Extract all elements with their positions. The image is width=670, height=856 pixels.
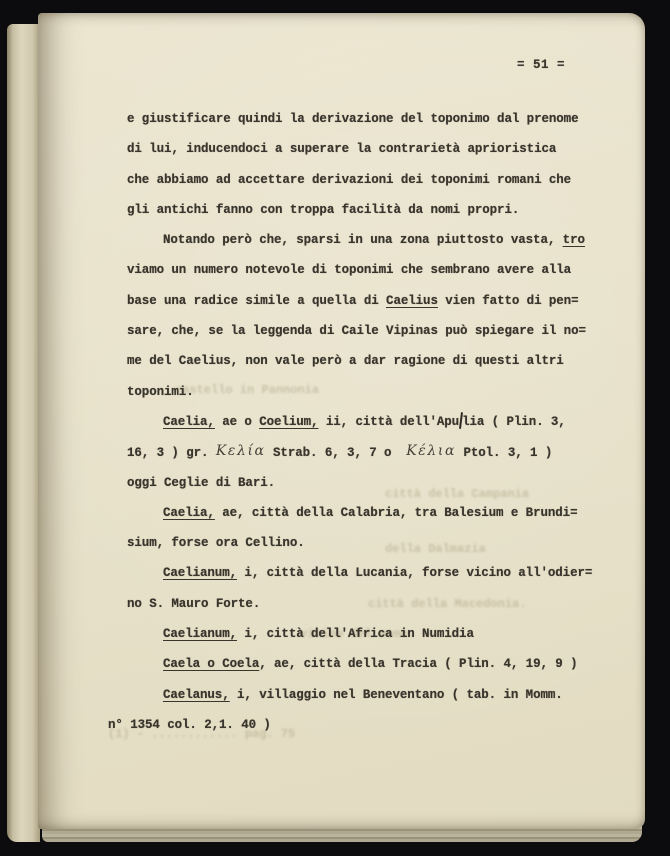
text-line: me del Caelius, non vale però a dar ragi… <box>127 346 609 376</box>
typewritten-segment: i, città dell'Africa in Numidia <box>237 627 474 641</box>
text-line: no S. Mauro Forte. <box>127 589 609 619</box>
page-number: = 51 = <box>517 58 565 72</box>
text-line: Caelanus, i, villaggio nel Beneventano (… <box>127 680 609 710</box>
typewritten-segment: di lui, inducendoci a superare la contra… <box>127 142 556 156</box>
typewritten-segment: oggi Ceglie di Bari. <box>127 476 275 490</box>
typewritten-text: e giustificare quindi la derivazione del… <box>127 104 609 740</box>
typewritten-segment: ae, città della Calabria, tra Balesium e… <box>215 506 578 520</box>
typewritten-segment: Caelia, <box>163 506 215 520</box>
text-line: toponimi. <box>127 377 609 407</box>
text-line: n° 1354 col. 2,1. 40 ) <box>108 710 609 740</box>
typewritten-segment: 16, 3 ) gr. <box>127 446 216 460</box>
text-line: Caelia, ae, città della Calabria, tra Ba… <box>127 498 609 528</box>
text-line: e giustificare quindi la derivazione del… <box>127 104 609 134</box>
text-line: viamo un numero notevole di toponimi che… <box>127 255 609 285</box>
text-line: gli antichi fanno con troppa facilità da… <box>127 195 609 225</box>
typewritten-segment: sium, forse ora Cellino. <box>127 536 305 550</box>
typewritten-segment: tro <box>563 233 585 247</box>
document-page: = 51 = castello in Pannoniacittà della C… <box>38 13 645 829</box>
typewritten-segment: vien fatto di pen= <box>438 294 579 308</box>
text-line: sare, che, se la leggenda di Caile Vipin… <box>127 316 609 346</box>
text-line: sium, forse ora Cellino. <box>127 528 609 558</box>
typewritten-segment: ii, città dell'Apu <box>318 415 459 429</box>
text-line: di lui, inducendoci a superare la contra… <box>127 134 609 164</box>
typewritten-segment: lia ( Plin. 3, <box>462 415 566 429</box>
scan-background: { "page": { "number_label": "= 51 =", "l… <box>0 0 670 856</box>
text-line: 16, 3 ) gr. Κελία Strab. 6, 3, 7 o Κέλια… <box>127 437 609 467</box>
handwritten-greek: Κέλια <box>406 443 456 459</box>
text-line: che abbiamo ad accettare derivazioni dei… <box>127 165 609 195</box>
typewritten-segment: Ptol. 3, 1 ) <box>456 446 552 460</box>
typewritten-segment: base una radice simile a quella di <box>127 294 386 308</box>
typewritten-segment: viamo un numero notevole di toponimi che… <box>127 263 571 277</box>
handwritten-greek: Κελία <box>216 443 266 459</box>
text-line: oggi Ceglie di Bari. <box>127 468 609 498</box>
text-line: Caelianum, i, città dell'Africa in Numid… <box>127 619 609 649</box>
typewritten-segment: i, villaggio nel Beneventano ( tab. in M… <box>230 688 563 702</box>
typewritten-segment: Caelianum, <box>163 566 237 580</box>
typewritten-segment: Coelium, <box>259 415 318 429</box>
typewritten-segment: Caelius <box>386 294 438 308</box>
text-line: Caelianum, i, città della Lucania, forse… <box>127 558 609 588</box>
typewritten-segment: Strab. 6, 3, 7 o <box>266 446 407 460</box>
typewritten-segment: sare, che, se la leggenda di Caile Vipin… <box>127 324 586 338</box>
typewritten-segment: , ae, città della Tracia ( Plin. 4, 19, … <box>259 657 577 671</box>
typewritten-segment: Caelianum, <box>163 627 237 641</box>
typewritten-segment: ae o <box>215 415 259 429</box>
typewritten-segment: Caelia, <box>163 415 215 429</box>
typewritten-segment: toponimi. <box>127 385 194 399</box>
typewritten-segment: i, città della Lucania, forse vicino all… <box>237 566 592 580</box>
typewritten-segment: no S. Mauro Forte. <box>127 597 260 611</box>
typewritten-segment: n° 1354 col. 2,1. 40 ) <box>108 718 271 732</box>
typewritten-segment: Notando però che, sparsi in una zona piu… <box>163 233 563 247</box>
typewritten-segment: Caelanus, <box>163 688 230 702</box>
typewritten-segment: me del Caelius, non vale però a dar ragi… <box>127 354 564 368</box>
text-line: Caelia, ae o Coelium, ii, città dell'Apu… <box>127 407 609 437</box>
typewritten-segment: Caela o Coela <box>163 657 259 671</box>
typewritten-segment: e giustificare quindi la derivazione del… <box>127 112 578 126</box>
text-line: Caela o Coela, ae, città della Tracia ( … <box>127 649 609 679</box>
page-edge-stack-left <box>7 24 40 842</box>
text-line: Notando però che, sparsi in una zona piu… <box>127 225 609 255</box>
typewritten-segment: gli antichi fanno con troppa facilità da… <box>127 203 519 217</box>
text-line: base una radice simile a quella di Caeli… <box>127 286 609 316</box>
typewritten-segment: che abbiamo ad accettare derivazioni dei… <box>127 173 571 187</box>
